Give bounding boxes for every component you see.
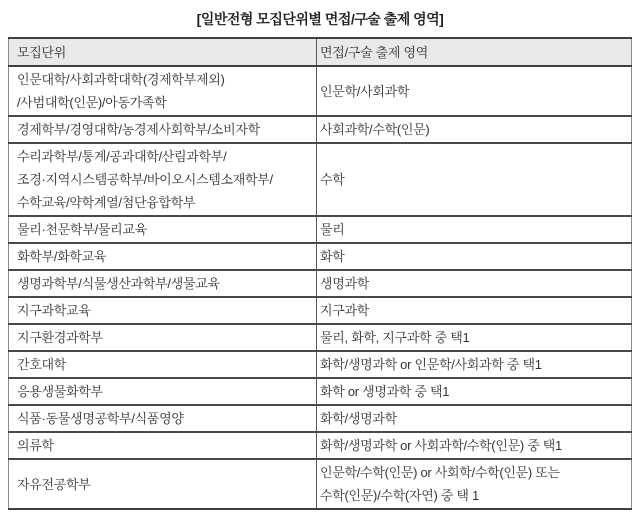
area-cell: 사회과학/수학(인문) [317, 116, 632, 143]
area-cell: 화학 [317, 243, 632, 270]
table-row: 응용생물화학부 화학 or 생명과학 중 택1 [9, 378, 632, 405]
area-cell: 수학 [317, 143, 632, 216]
unit-cell: 경제학부/경영대학/농경제사회학부/소비자학 [9, 116, 317, 143]
unit-cell: 응용생물화학부 [9, 378, 317, 405]
unit-cell: 화학부/화학교육 [9, 243, 317, 270]
area-cell: 생명과학 [317, 270, 632, 297]
table-row: 지구과학교육 지구과학 [9, 297, 632, 324]
area-cell: 화학 or 생명과학 중 택1 [317, 378, 632, 405]
unit-cell: 물리·천문학부/물리교육 [9, 216, 317, 243]
admission-interview-table: 모집단위 면접/구술 출제 영역 인문대학/사회과학대학(경제학부제외) /사범… [8, 37, 632, 510]
unit-cell: 생명과학부/식물생산과학부/생물교육 [9, 270, 317, 297]
header-row: 모집단위 면접/구술 출제 영역 [9, 38, 632, 66]
col-header-area: 면접/구술 출제 영역 [317, 38, 632, 66]
unit-cell: 의류학 [9, 432, 317, 459]
unit-cell: 간호대학 [9, 351, 317, 378]
table-row: 지구환경과학부 물리, 화학, 지구과학 중 택1 [9, 324, 632, 351]
table-row: 생명과학부/식물생산과학부/생물교육 생명과학 [9, 270, 632, 297]
page: [일반전형 모집단위별 면접/구술 출제 영역] 모집단위 면접/구술 출제 영… [0, 0, 640, 510]
unit-cell: 식품·동물생명공학부/식품영양 [9, 405, 317, 432]
col-header-unit: 모집단위 [9, 38, 317, 66]
table-row: 물리·천문학부/물리교육 물리 [9, 216, 632, 243]
table-title: [일반전형 모집단위별 면접/구술 출제 영역] [8, 6, 632, 37]
table-row: 경제학부/경영대학/농경제사회학부/소비자학 사회과학/수학(인문) [9, 116, 632, 143]
unit-cell: 자유전공학부 [9, 459, 317, 509]
area-cell: 인문학/수학(인문) or 사회학/수학(인문) 또는 수학(인문)/수학(자연… [317, 459, 632, 509]
table-row: 수리과학부/통계/공과대학/산림과학부/ 조경·지역시스템공학부/바이오시스템소… [9, 143, 632, 216]
table-row: 인문대학/사회과학대학(경제학부제외) /사범대학(인문)/아동가족학 인문학/… [9, 66, 632, 116]
table-row: 화학부/화학교육 화학 [9, 243, 632, 270]
table-row: 자유전공학부 인문학/수학(인문) or 사회학/수학(인문) 또는 수학(인문… [9, 459, 632, 509]
area-cell: 물리, 화학, 지구과학 중 택1 [317, 324, 632, 351]
area-cell: 화학/생명과학 [317, 405, 632, 432]
area-cell: 화학/생명과학 or 인문학/사회과학 중 택1 [317, 351, 632, 378]
unit-cell: 인문대학/사회과학대학(경제학부제외) /사범대학(인문)/아동가족학 [9, 66, 317, 116]
table-row: 간호대학 화학/생명과학 or 인문학/사회과학 중 택1 [9, 351, 632, 378]
area-cell: 지구과학 [317, 297, 632, 324]
area-cell: 인문학/사회과학 [317, 66, 632, 116]
unit-cell: 수리과학부/통계/공과대학/산림과학부/ 조경·지역시스템공학부/바이오시스템소… [9, 143, 317, 216]
area-cell: 물리 [317, 216, 632, 243]
unit-cell: 지구과학교육 [9, 297, 317, 324]
table-row: 식품·동물생명공학부/식품영양 화학/생명과학 [9, 405, 632, 432]
unit-cell: 지구환경과학부 [9, 324, 317, 351]
table-row: 의류학 화학/생명과학 or 사회과학/수학(인문) 중 택1 [9, 432, 632, 459]
area-cell: 화학/생명과학 or 사회과학/수학(인문) 중 택1 [317, 432, 632, 459]
